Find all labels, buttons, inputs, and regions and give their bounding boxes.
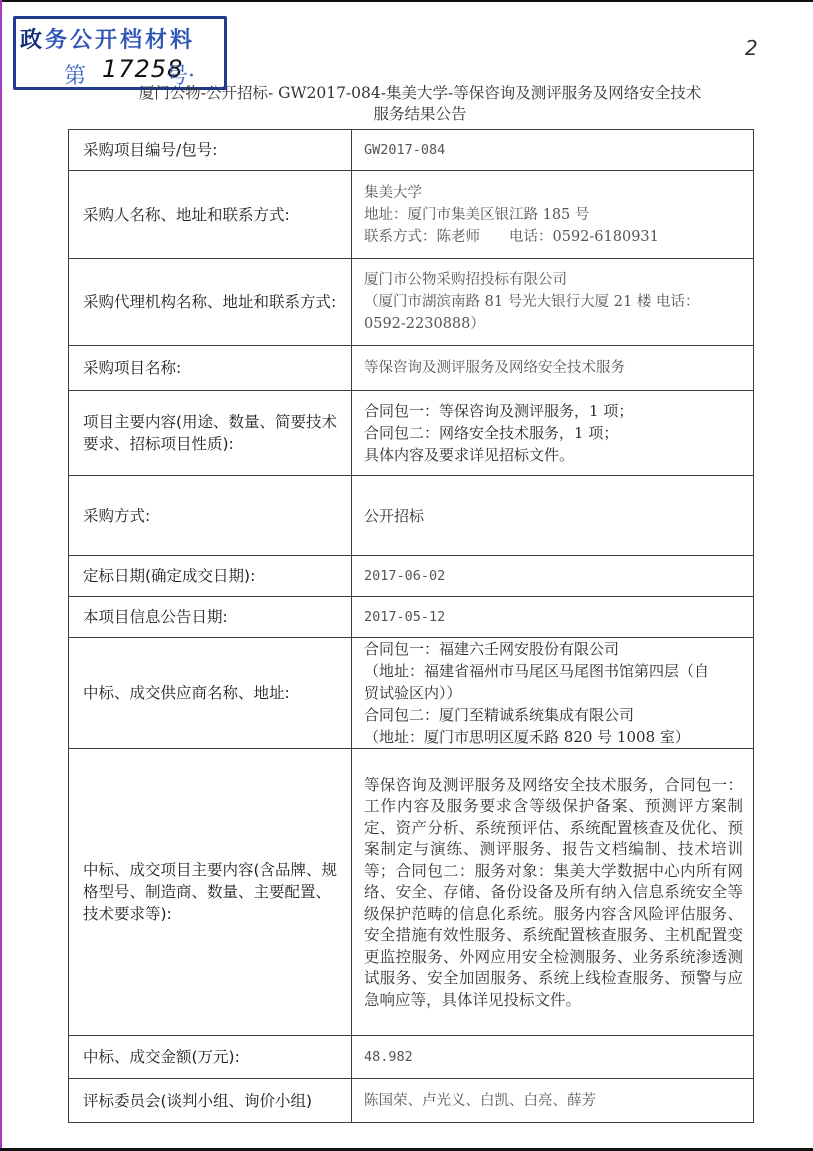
title-line-2: 服务结果公告 (100, 104, 740, 125)
result-announcement-table: 采购项目编号/包号: GW2017-084 采购人名称、地址和联系方式: 集美大… (68, 129, 754, 1123)
row-value: 集美大学 地址：厦门市集美区银江路 185 号 联系方式：陈老师 电话：0592… (352, 171, 754, 259)
row-value: 合同包一：福建六壬网安股份有限公司 （地址：福建省福州市马尾区马尾图书馆第四层（… (352, 638, 754, 749)
row-label: 采购方式: (69, 476, 352, 556)
row-label: 定标日期(确定成交日期): (69, 556, 352, 597)
title-line-1: 厦门公物-公开招标- GW2017-084-集美大学-等保咨询及测评服务及网络安… (100, 83, 740, 104)
row-label: 采购代理机构名称、地址和联系方式: (69, 259, 352, 346)
row-value: 陈国荣、卢光义、白凯、白亮、薛芳 (352, 1079, 754, 1123)
table-row-winning-suppliers: 中标、成交供应商名称、地址: 合同包一：福建六壬网安股份有限公司 （地址：福建省… (69, 638, 754, 749)
table-row-award-amount: 中标、成交金额(万元): 48.982 (69, 1036, 754, 1079)
row-label: 采购项目编号/包号: (69, 130, 352, 171)
stamp-prefix: 第 (64, 59, 86, 90)
row-value: 等保咨询及测评服务及网络安全技术服务，合同包一：工作内容及服务要求含等级保护备案… (352, 749, 754, 1036)
row-label: 采购人名称、地址和联系方式: (69, 171, 352, 259)
row-value: 48.982 (352, 1036, 754, 1079)
table-row-main-content: 项目主要内容(用途、数量、简要技术要求、招标项目性质): 合同包一：等保咨询及测… (69, 391, 754, 476)
row-value: 等保咨询及测评服务及网络安全技术服务 (352, 346, 754, 391)
document-title: 厦门公物-公开招标- GW2017-084-集美大学-等保咨询及测评服务及网络安… (100, 83, 740, 125)
table-row-procurement-method: 采购方式: 公开招标 (69, 476, 754, 556)
row-value: 厦门市公物采购招投标有限公司 （厦门市湖滨南路 81 号光大银行大厦 21 楼 … (352, 259, 754, 346)
row-value: 2017-06-02 (352, 556, 754, 597)
table-row-project-number: 采购项目编号/包号: GW2017-084 (69, 130, 754, 171)
row-label: 中标、成交供应商名称、地址: (69, 638, 352, 749)
row-value: 2017-05-12 (352, 597, 754, 638)
table-row-purchaser: 采购人名称、地址和联系方式: 集美大学 地址：厦门市集美区银江路 185 号 联… (69, 171, 754, 259)
row-value: 公开招标 (352, 476, 754, 556)
row-label: 中标、成交项目主要内容(含品牌、规格型号、制造商、数量、主要配置、技术要求等): (69, 749, 352, 1036)
row-label: 中标、成交金额(万元): (69, 1036, 352, 1079)
row-label: 本项目信息公告日期: (69, 597, 352, 638)
row-label: 采购项目名称: (69, 346, 352, 391)
handwritten-page-number: 2 (745, 36, 758, 60)
row-label: 项目主要内容(用途、数量、简要技术要求、招标项目性质): (69, 391, 352, 476)
table-row-agency: 采购代理机构名称、地址和联系方式: 厦门市公物采购招投标有限公司 （厦门市湖滨南… (69, 259, 754, 346)
table-row-awarded-content: 中标、成交项目主要内容(含品牌、规格型号、制造商、数量、主要配置、技术要求等):… (69, 749, 754, 1036)
row-label: 评标委员会(谈判小组、询价小组) (69, 1079, 352, 1123)
stamp-title: 政务公开档材料 (20, 23, 195, 54)
archive-stamp: 政务公开档材料 第 17258 号· (13, 16, 227, 90)
table-row-announcement-date: 本项目信息公告日期: 2017-05-12 (69, 597, 754, 638)
scan-top-border (0, 0, 813, 2)
table-row-project-name: 采购项目名称: 等保咨询及测评服务及网络安全技术服务 (69, 346, 754, 391)
table-row-evaluation-committee: 评标委员会(谈判小组、询价小组) 陈国荣、卢光义、白凯、白亮、薛芳 (69, 1079, 754, 1123)
scan-left-edge (0, 0, 2, 1151)
table-row-award-date: 定标日期(确定成交日期): 2017-06-02 (69, 556, 754, 597)
row-value: GW2017-084 (352, 130, 754, 171)
row-value: 合同包一：等保咨询及测评服务，1 项； 合同包二：网络安全技术服务，1 项； 具… (352, 391, 754, 476)
